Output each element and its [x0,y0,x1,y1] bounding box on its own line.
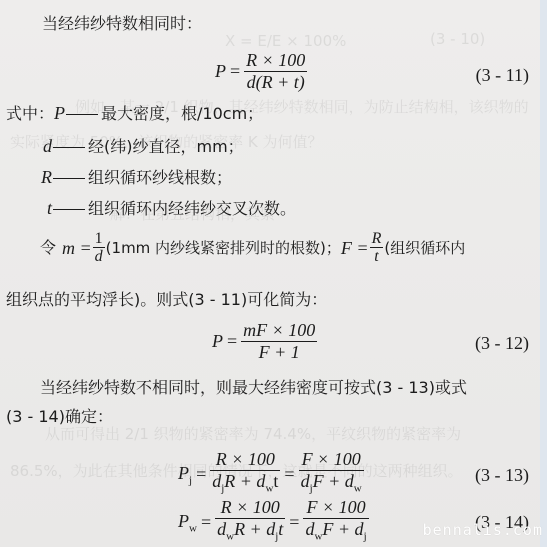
numerator: R × 100 [215,497,285,519]
eq-lhs: Pw [178,511,197,535]
numerator: R [370,230,384,248]
equals-sign: = [284,464,294,485]
let-prefix: 令 [40,238,56,258]
numerator: F × 100 [303,497,368,519]
definition-row: R组织循环纱线根数； [10,167,232,188]
equals-sign: = [227,331,237,352]
paragraph-same-tex: 当经纬纱特数相同时： [42,14,202,34]
denominator: t [370,248,384,265]
equals-sign: = [289,512,299,533]
definition-text: 最大密度，根/10cm； [101,104,263,123]
fraction-R-over-t: R t [370,230,384,265]
eq-lhs: P [215,61,226,82]
denominator: d(R + t) [244,72,307,93]
em-dash [53,178,85,179]
definition-row: d经(纬)纱直径，mm； [10,136,244,157]
equation-number: (3 - 12) [475,333,529,354]
em-dash [53,147,85,148]
where-prefix: 式中： [6,104,54,123]
m-note: (1mm 内纱线紧密排列时的根数)； [106,238,341,258]
definition-symbol: t [10,198,52,218]
bleed-through-text: X = E/E × 100% [225,32,346,50]
F-lhs: F = [341,238,369,258]
equation-3-11: P = R × 100 d(R + t) [215,50,307,93]
equals-sign: = [196,464,206,485]
fraction: mF × 100 F + 1 [241,320,317,363]
bleed-through-text: (3 - 10) [430,30,485,48]
denominator: dwF + dj [303,519,368,547]
definition-text: 组织循环纱线根数； [88,168,232,187]
equation-3-14: Pw = R × 100 dwR + djt = F × 100 dwF + d… [178,497,369,547]
fraction: F × 100 dwF + dj [303,497,368,547]
denominator: F + 1 [241,342,317,363]
numerator: F × 100 [299,449,364,471]
fraction: F × 100 djF + dw [299,449,364,500]
definition-row: 式中：P最大密度，根/10cm； [6,103,263,124]
equation-number: (3 - 11) [476,65,529,86]
equation-3-13: Pj = R × 100 djR + dwt = F × 100 djF + d… [178,449,364,500]
paragraph-diff-tex-cont: (3 - 14)确定： [6,407,113,427]
equation-number: (3 - 13) [475,465,529,486]
denominator: dwR + djt [215,519,285,547]
definition-text: 组织循环内经纬纱交叉次数。 [88,199,296,218]
paragraph-diff-tex: 当经纬纱特数不相同时，则最大经纬密度可按式(3 - 13)或式 [40,378,467,398]
eq-lhs: Pj [178,463,192,487]
fraction-1-over-d: 1 d [93,230,105,265]
denominator: djR + dwt [210,471,280,500]
definition-row: t组织循环内经纬纱交叉次数。 [10,198,296,219]
page-edge [540,0,547,547]
paragraph-simplify: 组织点的平均浮长)。则式(3 - 11)可化简为： [6,290,327,310]
fraction: R × 100 dwR + djt [215,497,285,547]
numerator: R × 100 [210,449,280,471]
equation-3-12: P = mF × 100 F + 1 [212,320,317,363]
numerator: R × 100 [244,50,307,72]
numerator: 1 [93,230,105,248]
definition-symbol: P [54,103,65,123]
equals-sign: = [201,512,211,533]
equals-sign: = [230,61,240,82]
definition-text: 经(纬)纱直径，mm； [88,137,244,156]
em-dash [66,114,98,115]
em-dash [53,209,85,210]
denominator: djF + dw [299,471,364,500]
denominator: d [93,248,105,265]
fraction: R × 100 d(R + t) [244,50,307,93]
m-lhs: m = [62,238,92,258]
definition-symbol: d [10,136,52,156]
F-note: (组织循环内 [384,238,465,258]
let-line: 令 m = 1 d (1mm 内纱线紧密排列时的根数)； F = R t (组织… [40,230,465,265]
definition-symbol: R [10,167,52,187]
eq-lhs: P [212,331,223,352]
numerator: mF × 100 [241,320,317,342]
watermark: bennalis.com [423,521,543,539]
fraction: R × 100 djR + dwt [210,449,280,500]
